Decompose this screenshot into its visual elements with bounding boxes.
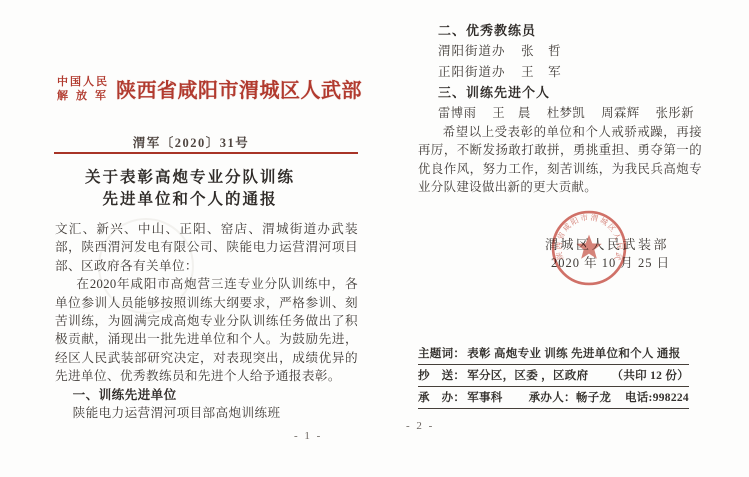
page-number-1: - 1 -	[294, 430, 322, 442]
issuer-small-line1: 中国人民	[57, 75, 114, 89]
title-line2: 先进单位和个人的通报	[40, 189, 340, 211]
scanned-document: 中国人民 解放军 陕西省咸阳市渭城区人武部 渭军〔2020〕31号 关于表彰高炮…	[0, 0, 749, 477]
advanced-individuals-list: 雷博雨 王 晨 杜梦凯 周霖辉 张彤新	[438, 103, 694, 121]
document-title: 关于表彰高炮专业分队训练 先进单位和个人的通报	[40, 167, 340, 210]
title-line1: 关于表彰高炮专业分队训练	[40, 167, 340, 189]
page-number-2: - 2 -	[406, 420, 434, 432]
section3-heading: 三、训练先进个人	[438, 82, 550, 101]
educator-name: 张 哲	[521, 44, 562, 58]
handle-value: 军事科	[467, 389, 502, 405]
official-red-seal: 陕西省咸阳市渭城区人民武装部	[550, 209, 628, 287]
left-page-body: 文汇、新兴、中山、正阳、窑店、渭城街道办武装部，陕西渭河发电有限公司、陕能电力运…	[55, 220, 358, 422]
individual-name: 杜梦凯	[547, 103, 585, 121]
footer-handler-row: 承 办： 军事科 承办人： 畅子龙 电话: 998224	[418, 387, 689, 409]
issuer-small-line2: 解放军	[57, 89, 114, 103]
seal-ring-text: 陕西省咸阳市渭城区人民武装部	[550, 209, 624, 263]
copy-count: （共印 12 份）	[612, 367, 689, 383]
handler-label: 承办人：	[529, 389, 576, 405]
educator-unit: 正阳街道办	[438, 62, 517, 80]
copy-value: 军分区，区委 ，区政府	[467, 367, 588, 383]
letterhead: 中国人民 解放军 陕西省咸阳市渭城区人武部	[57, 74, 362, 103]
handler-value: 畅子龙	[576, 389, 611, 405]
section1-item: 陕能电力运营渭河项目部高炮训练班	[55, 404, 358, 422]
section2-heading: 二、优秀教练员	[438, 20, 536, 39]
individual-name: 王 晨	[492, 103, 530, 121]
handle-label: 承 办：	[418, 389, 465, 405]
educator-row: 正阳街道办 王 军	[438, 62, 562, 80]
issuer-small-text: 中国人民 解放军	[57, 75, 114, 103]
educator-row: 渭阳街道办 张 哲	[438, 41, 562, 59]
phone-value: 998224	[653, 392, 689, 404]
individual-name: 雷博雨	[438, 103, 476, 121]
educator-name: 王 军	[521, 65, 562, 79]
individual-name: 周霖辉	[601, 103, 639, 121]
individual-name: 张彤新	[656, 103, 694, 121]
document-number: 渭军〔2020〕31号	[55, 133, 327, 151]
red-divider-rule	[54, 152, 358, 154]
body-paragraph: 在2020年咸阳市高炮营三连专业分队训练中，各单位参训人员能够按照训练大纲要求，…	[55, 275, 358, 385]
educator-unit: 渭阳街道办	[438, 41, 517, 59]
phone-label: 电话:	[625, 389, 653, 405]
footer-copy-row: 抄 送： 军分区，区委 ，区政府 （共印 12 份）	[418, 365, 689, 387]
footer-subject-row: 主题词： 表彰 高炮专业 训练 先进单位和个人 通报	[418, 343, 689, 365]
subject-value: 表彰 高炮专业 训练 先进单位和个人 通报	[467, 345, 680, 361]
copy-label: 抄 送：	[418, 367, 465, 383]
footer-table: 主题词： 表彰 高炮专业 训练 先进单位和个人 通报 抄 送： 军分区，区委 ，…	[418, 343, 689, 409]
addressees-paragraph: 文汇、新兴、中山、正阳、窑店、渭城街道办武装部，陕西渭河发电有限公司、陕能电力运…	[55, 220, 358, 275]
seal-star-icon	[576, 235, 601, 259]
closing-paragraph: 希望以上受表彰的单位和个人戒骄戒躁，再接再厉，不断发扬敢打敢拼，勇挑重担、勇夺第…	[418, 123, 702, 197]
issuer-large-text: 陕西省咸阳市渭城区人武部	[116, 74, 362, 103]
section1-heading: 一、训练先进单位	[55, 386, 358, 404]
subject-label: 主题词：	[418, 345, 465, 361]
